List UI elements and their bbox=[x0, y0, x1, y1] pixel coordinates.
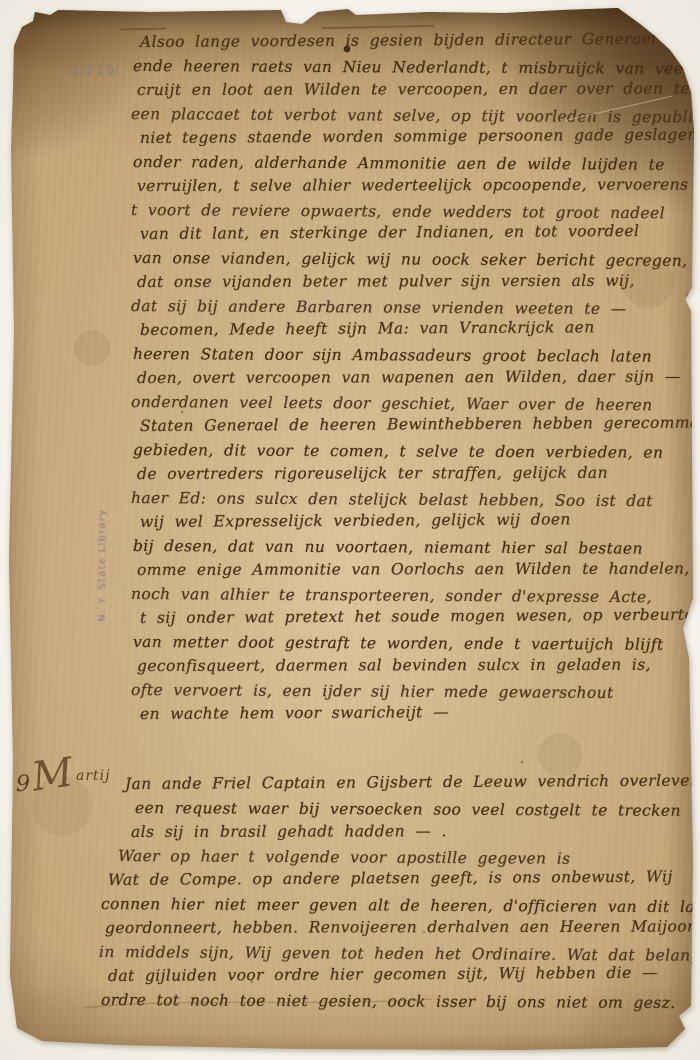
stain bbox=[32, 776, 92, 836]
ink-blot bbox=[344, 46, 351, 53]
edge-hole bbox=[686, 293, 691, 298]
speck bbox=[423, 931, 425, 933]
stain bbox=[622, 256, 674, 308]
manuscript-page: ʒ 2 16 1543 4:216 N. Y. State Library Al… bbox=[0, 0, 700, 1060]
stains-and-creases-overlay bbox=[0, 0, 700, 1060]
scratch-line bbox=[560, 96, 672, 122]
stain bbox=[538, 733, 582, 777]
speck bbox=[251, 981, 254, 984]
speck bbox=[521, 761, 524, 764]
paper-shadow-wrap: ʒ 2 16 1543 4:216 N. Y. State Library Al… bbox=[0, 0, 700, 1060]
crease-line bbox=[84, 999, 432, 1008]
stain bbox=[74, 330, 110, 366]
speck bbox=[181, 411, 184, 414]
